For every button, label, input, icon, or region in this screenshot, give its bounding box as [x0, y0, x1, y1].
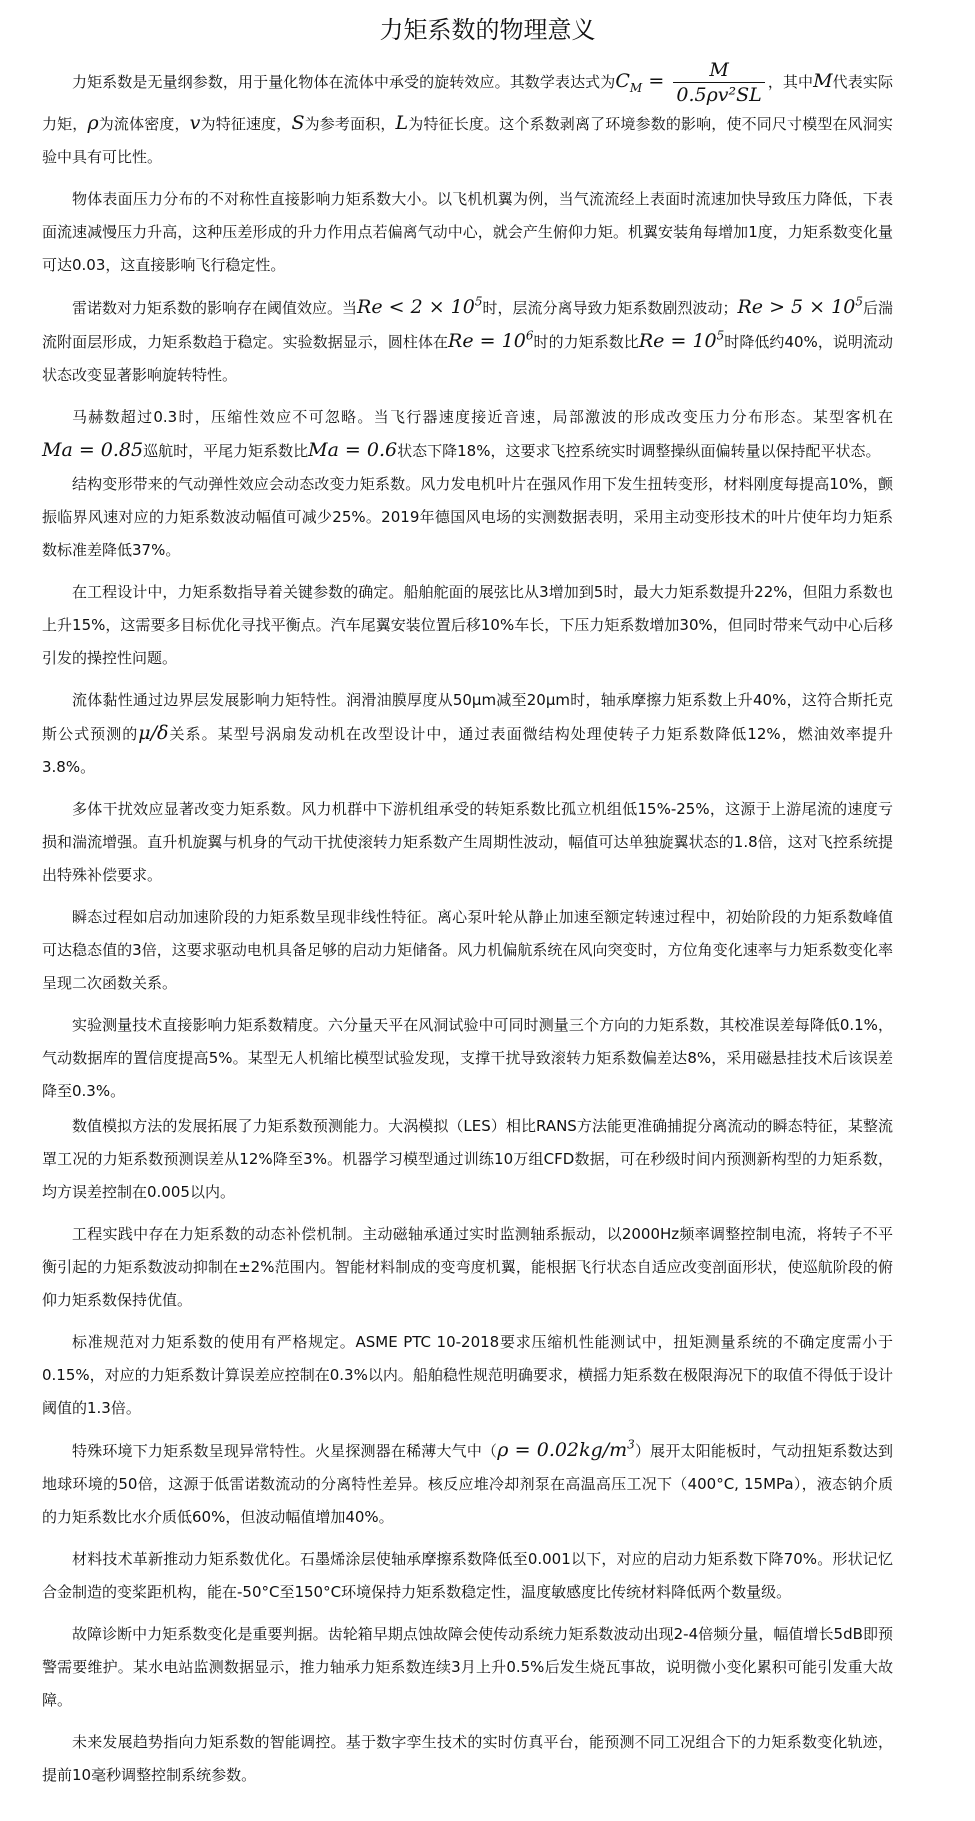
paragraph-transient-process: 瞬态过程如启动加速阶段的力矩系数呈现非线性特征。离心泵叶轮从静止加速至额定转速过…: [42, 901, 893, 1000]
paragraph-dynamic-compensation: 工程实践中存在力矩系数的动态补偿机制。主动磁轴承通过实时监测轴系振动，以2000…: [42, 1218, 893, 1317]
paragraph-engineering-design: 在工程设计中，力矩系数指导着关键参数的确定。船舶舵面的展弦比从3增加到5时，最大…: [42, 576, 893, 675]
paragraph-materials: 材料技术革新推动力矩系数优化。石墨烯涂层使轴承摩擦系数降低至0.001以下，对应…: [42, 1543, 893, 1609]
text-run: 力矩系数是无量纲参数，用于量化物体在流体中承受的旋转效应。其数学表达式为: [72, 73, 615, 91]
symbol-S: S: [291, 112, 304, 134]
text-run: 为特征速度，: [200, 115, 291, 133]
formula-re-lt: Re < 2 × 105: [357, 296, 482, 318]
symbol-v: v: [190, 112, 201, 134]
paragraph-aeroelastic: 结构变形带来的气动弹性效应会动态改变力矩系数。风力发电机叶片在强风作用下发生扭转…: [42, 468, 893, 567]
formula-fraction: M0.5ρv²SL: [673, 58, 764, 107]
paragraph-fault-diagnosis: 故障诊断中力矩系数变化是重要判据。齿轮箱早期点蚀故障会使传动系统力矩系数波动出现…: [42, 1618, 893, 1717]
formula-mars-density: ρ = 0.02kg/m3: [497, 1439, 635, 1461]
paragraph-definition: 力矩系数是无量纲参数，用于量化物体在流体中承受的旋转效应。其数学表达式为CM =…: [42, 58, 893, 174]
formula-re-1e6: Re = 106: [448, 330, 533, 352]
text-run: 为参考面积，: [304, 115, 395, 133]
paragraph-pressure-distribution: 物体表面压力分布的不对称性直接影响力矩系数大小。以飞机机翼为例，当气流流经上表面…: [42, 183, 893, 282]
symbol-M: M: [813, 70, 832, 92]
paragraph-future-trends: 未来发展趋势指向力矩系数的智能调控。基于数字孪生技术的实时仿真平台，能预测不同工…: [42, 1726, 893, 1792]
paragraph-numerical-simulation: 数值模拟方法的发展拓展了力矩系数预测能力。大涡模拟（LES）相比RANS方法能更…: [42, 1110, 893, 1209]
formula-lhs: CM =: [615, 70, 670, 92]
paragraph-reynolds-number: 雷诺数对力矩系数的影响存在阈值效应。当Re < 2 × 105时，层流分离导致力…: [42, 291, 893, 392]
paragraph-mach-number: 马赫数超过0.3时，压缩性效应不可忽略。当飞行器速度接近音速，局部激波的形成改变…: [42, 401, 893, 468]
paragraph-standards: 标准规范对力矩系数的使用有严格规定。ASME PTC 10-2018要求压缩机性…: [42, 1326, 893, 1425]
paragraph-special-environment: 特殊环境下力矩系数呈现异常特性。火星探测器在稀薄大气中（ρ = 0.02kg/m…: [42, 1434, 893, 1534]
formula-re-gt: Re > 5 × 105: [738, 296, 863, 318]
symbol-L: L: [396, 112, 409, 134]
document-page: 力矩系数的物理意义 力矩系数是无量纲参数，用于量化物体在流体中承受的旋转效应。其…: [0, 0, 975, 1821]
symbol-rho: ρ: [87, 112, 98, 134]
paragraph-multibody-interference: 多体干扰效应显著改变力矩系数。风力机群中下游机组承受的转矩系数比孤立机组低15%…: [42, 793, 893, 892]
text-run: 为流体密度，: [99, 115, 190, 133]
formula-ma-06: Ma = 0.6: [308, 439, 397, 461]
paragraph-measurement: 实验测量技术直接影响力矩系数精度。六分量天平在风洞试验中可同时测量三个方向的力矩…: [42, 1009, 893, 1108]
formula-ma-085: Ma = 0.85: [42, 439, 143, 461]
formula-re-1e5: Re = 105: [639, 330, 724, 352]
page-title: 力矩系数的物理意义: [42, 12, 893, 48]
text-run: ，其中: [768, 73, 813, 91]
paragraph-viscosity: 流体黏性通过边界层发展影响力矩特性。润滑油膜厚度从50μm减至20μm时，轴承摩…: [42, 684, 893, 784]
formula-mu-delta: μ/δ: [138, 722, 168, 744]
